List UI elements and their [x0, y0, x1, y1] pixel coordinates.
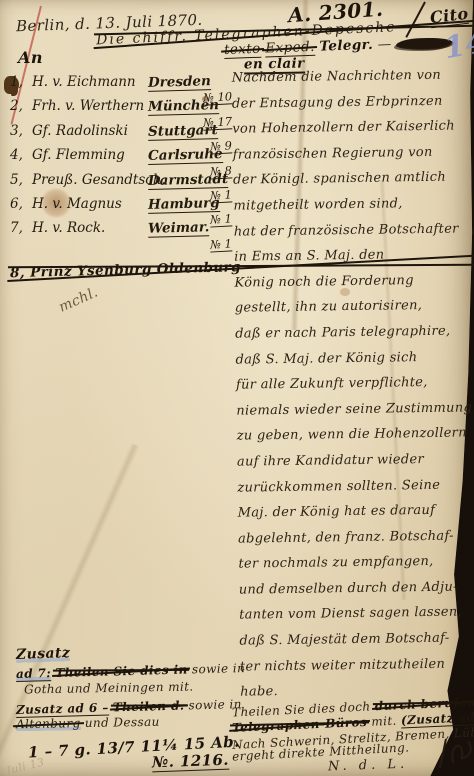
dash: —	[377, 36, 391, 52]
recipient-index: 1,	[10, 74, 32, 90]
recipient-row: 2, Frh. v. Werthern München № 17	[10, 98, 234, 122]
recipient-name: H. v. Eichmann	[32, 74, 148, 90]
body-line: ter nochmals zu empfangen,	[238, 554, 474, 583]
closing-text: mit.	[371, 714, 397, 729]
recipient-index: 7,	[10, 220, 32, 236]
recipient-city: Dresden	[148, 73, 211, 92]
recipient-row: 3, Gf. Radolinski Stuttgart № 9	[10, 123, 234, 147]
recipient-registry-number: № 10	[202, 90, 232, 107]
recipient-registry-number: № 1	[210, 236, 233, 252]
body-line: daß er nach Paris telegraphire,	[235, 323, 471, 352]
journal-number: №. 1216.	[152, 751, 230, 773]
ad6-rest-city: und Dessau	[85, 715, 160, 730]
ad7-label: ad 7:	[16, 666, 52, 682]
ad6-rest: sowie in	[188, 697, 242, 712]
ad6-struck-city: Altenburg	[16, 716, 81, 731]
body-line: für alle Zukunft verpflichte,	[236, 374, 472, 403]
body-line: der Königl. spanischen amtlich	[233, 170, 469, 199]
recipient-city: Hamburg	[148, 195, 220, 214]
recipient-registry-number: № 1	[210, 212, 233, 228]
document-scan: Berlin, d. 13. Juli 1870. A. 2301. Cito …	[0, 0, 474, 776]
closing-initials: N. d. L.	[328, 757, 409, 775]
body-line: von Hohenzollern der Kaiserlich	[232, 119, 468, 148]
recipient-row: 1, H. v. Eichmann Dresden № 10	[10, 74, 234, 98]
recipient-city: Weimar.	[148, 220, 210, 239]
body-line: hat der französische Botschafter	[234, 221, 470, 250]
recipient-registry-number: № 17	[202, 114, 232, 131]
recipient-registry-number: № 9	[210, 139, 233, 155]
body-line: daß S. Majestät dem Botschaf-	[239, 630, 474, 659]
recipient-index: 3,	[10, 123, 32, 139]
recipient-name: H. v. Rock.	[32, 220, 148, 236]
recipient-index: 6,	[10, 196, 32, 212]
recipient-index: 5,	[10, 172, 32, 188]
ad7-line-2: Gotha und Meiningen mit.	[24, 680, 194, 697]
body-line: der Entsagung des Erbprinzen	[232, 93, 468, 122]
recipient-registry-number: № 8	[210, 163, 233, 179]
recipient-name: Frh. v. Werthern	[32, 98, 148, 114]
body-line: zurückkommen sollten. Seine	[237, 477, 473, 506]
recipient-index: 4,	[10, 147, 32, 163]
body-line: niemals wieder seine Zustimmung	[236, 400, 472, 429]
recipient-name: Gf. Radolinski	[32, 123, 148, 139]
ad7-rest: sowie in	[192, 661, 246, 676]
body-line: in Ems an S. Maj. den	[234, 247, 470, 276]
telegr-label: Telegr.	[319, 37, 373, 55]
ad6-line-2: Altenburg und Dessau	[16, 715, 160, 732]
body-line: ter nichts weiter mitzutheilen	[240, 656, 474, 685]
ad6-struck: Theilen d.	[113, 699, 185, 715]
body-line: auf ihre Kandidatur wieder	[237, 451, 473, 480]
an-label: An	[18, 48, 43, 67]
recipient-name: H. v. Magnus	[32, 196, 148, 212]
body-line: abgelehnt, den franz. Botschaf-	[238, 528, 474, 557]
body-line: zu geben, wenn die Hohenzollern	[237, 426, 473, 455]
body-line: Nachdem die Nachrichten von	[232, 67, 468, 96]
recipient-row: 5, Preuß. Gesandtsch. Darmstadt № 1	[10, 172, 234, 196]
recipient-name: Gf. Flemming	[32, 147, 148, 163]
recipient-registry-number: № 1	[210, 187, 233, 203]
body-line: und demselben durch den Adju-	[239, 579, 474, 608]
recipient-row: 4, Gf. Flemming Carlsruhe № 8	[10, 147, 234, 171]
body-line: gestellt, ihn zu autorisiren,	[235, 298, 471, 327]
recipient-index: 8,	[10, 265, 25, 281]
signature-paraph	[430, 733, 474, 773]
body-line: tanten vom Dienst sagen lassen,	[239, 605, 474, 634]
body-line: König noch die Forderung	[234, 272, 470, 301]
body-line: daß S. Maj. der König sich	[235, 349, 471, 378]
recipient-row: 6, H. v. Magnus Hamburg № 1	[10, 196, 234, 220]
recipient-index: 2,	[10, 98, 32, 114]
body-line: französischen Regierung von	[233, 144, 469, 173]
recipient-list: 1, H. v. Eichmann Dresden № 10 2, Frh. v…	[10, 74, 234, 245]
body-text: Nachdem die Nachrichten von der Entsagun…	[232, 67, 474, 710]
zusatz-title: Zusatz	[16, 645, 71, 663]
recipient-name: Preuß. Gesandtsch.	[32, 172, 148, 188]
body-line: Maj. der König hat es darauf	[238, 502, 474, 531]
recipient-row: 7, H. v. Rock. Weimar. № 1	[10, 220, 234, 244]
body-line: mitgetheilt worden sind,	[233, 195, 469, 224]
